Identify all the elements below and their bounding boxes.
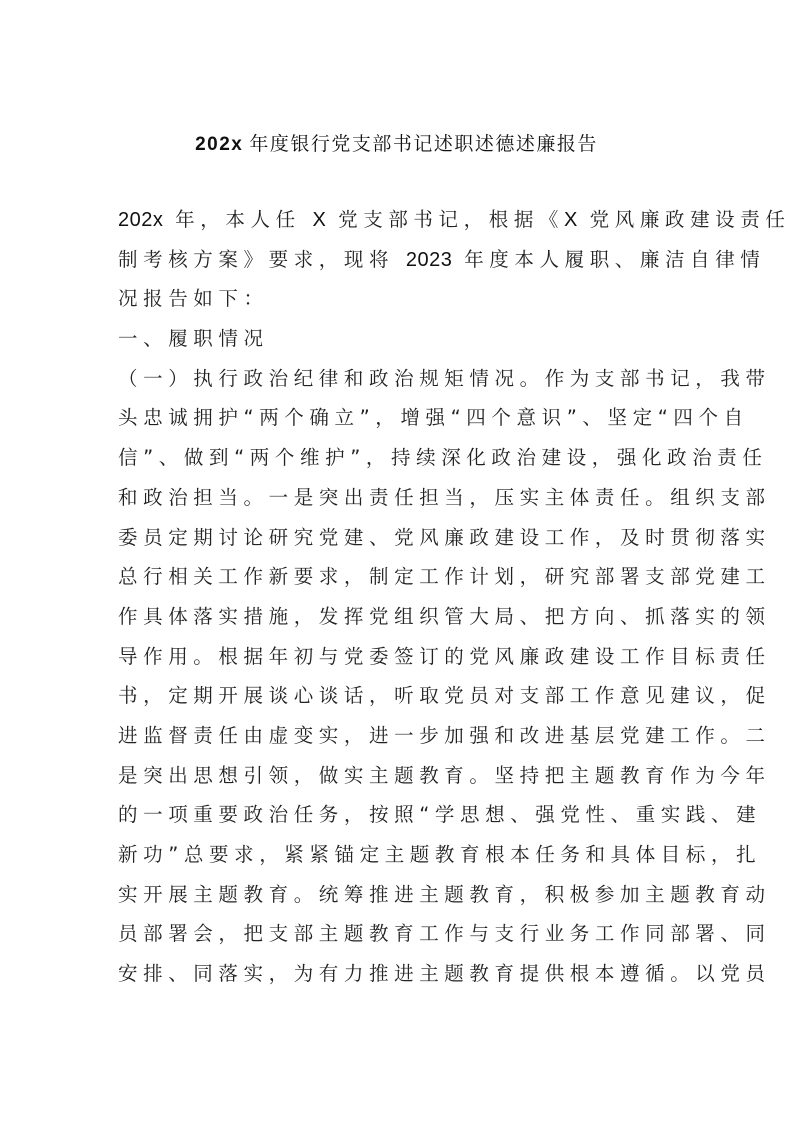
line-text: 委员定期讨论研究党建、党风廉政建设工作，及时贯彻落实 [118, 526, 771, 549]
text-line: 信”、做到“两个维护”，持续深化政治建设，强化政治责任 [118, 438, 678, 478]
document-title: 202x年度银行党支部书记述职述德述廉报告 [0, 131, 793, 158]
text-line: 总行相关工作新要求，制定工作计划，研究部署支部党建工 [118, 557, 678, 597]
text-line: 制考核方案》要求，现将 2023 年度本人履职、廉洁自律情 [118, 240, 678, 280]
line-text: 作具体落实措施，发挥党组织管大局、把方向、抓落实的领 [118, 605, 771, 628]
text-line: 是突出思想引领，做实主题教育。坚持把主题教育作为今年 [118, 756, 678, 796]
line-text: 是突出思想引领，做实主题教育。坚持把主题教育作为今年 [118, 764, 771, 787]
line-text: 导作用。根据年初与党委签订的党风廉政建设工作目标责任 [118, 645, 771, 668]
text-line: 202x 年，本人任 X 党支部书记，根据《X 党风廉政建设责任 [118, 200, 678, 240]
document-page: 202x年度银行党支部书记述职述德述廉报告 202x 年，本人任 X 党支部书记… [0, 0, 793, 1122]
line-text: 党风廉政建设责任 [578, 208, 791, 231]
line-text: 进监督责任由虚变实，进一步加强和改进基层党建工作。二 [118, 724, 771, 747]
document-body: 202x 年，本人任 X 党支部书记，根据《X 党风廉政建设责任制考核方案》要求… [118, 200, 678, 994]
line-text: 一、履职情况 [118, 327, 269, 350]
line-text: 年，本人任 [163, 208, 312, 231]
line-text: 总行相关工作新要求，制定工作计划，研究部署支部党建工 [118, 565, 771, 588]
line-text: 况报告如下： [118, 287, 269, 310]
text-line: 一、履职情况 [118, 319, 678, 359]
text-line: 新功”总要求，紧紧锚定主题教育根本任务和具体目标，扎 [118, 835, 678, 875]
text-line: 书，定期开展谈心谈话，听取党员对支部工作意见建议，促 [118, 676, 678, 716]
line-text: 书，定期开展谈心谈话，听取党员对支部工作意见建议，促 [118, 684, 771, 707]
title-year: 202x [195, 134, 243, 155]
line-text: 年度本人履职、廉洁自律情 [452, 248, 765, 271]
line-text: 头忠诚拥护“两个确立”，增强“四个意识”、坚定“四个自 [118, 406, 749, 429]
latin-text: X [312, 209, 326, 231]
text-line: 员部署会，把支部主题教育工作与支行业务工作同部署、同 [118, 914, 678, 954]
line-text: 安排、同落实，为有力推进主题教育提供根本遵循。以党员 [118, 962, 771, 985]
text-line: 实开展主题教育。统筹推进主题教育，积极参加主题教育动 [118, 875, 678, 915]
text-line: 进监督责任由虚变实，进一步加强和改进基层党建工作。二 [118, 716, 678, 756]
text-line: 况报告如下： [118, 279, 678, 319]
line-text: 党支部书记，根据《 [326, 208, 564, 231]
latin-text: 202x [118, 209, 163, 231]
line-text: 和政治担当。一是突出责任担当，压实主体责任。组织支部 [118, 486, 771, 509]
text-line: 头忠诚拥护“两个确立”，增强“四个意识”、坚定“四个自 [118, 398, 678, 438]
latin-text: 2023 [406, 249, 453, 271]
text-line: 的一项重要政治任务，按照“学思想、强党性、重实践、建 [118, 795, 678, 835]
text-line: 作具体落实措施，发挥党组织管大局、把方向、抓落实的领 [118, 597, 678, 637]
text-line: 导作用。根据年初与党委签订的党风廉政建设工作目标责任 [118, 637, 678, 677]
title-text: 年度银行党支部书记述职述德述廉报告 [249, 133, 598, 155]
line-text: 新功”总要求，紧紧锚定主题教育根本任务和具体目标，扎 [118, 843, 761, 866]
text-line: （一）执行政治纪律和政治规矩情况。作为支部书记，我带 [118, 359, 678, 399]
text-line: 和政治担当。一是突出责任担当，压实主体责任。组织支部 [118, 478, 678, 518]
line-text: 实开展主题教育。统筹推进主题教育，积极参加主题教育动 [118, 883, 771, 906]
line-text: （一）执行政治纪律和政治规矩情况。作为支部书记，我带 [118, 367, 771, 390]
latin-text: X [564, 209, 578, 231]
line-text: 员部署会，把支部主题教育工作与支行业务工作同部署、同 [118, 922, 771, 945]
text-line: 委员定期讨论研究党建、党风廉政建设工作，及时贯彻落实 [118, 518, 678, 558]
line-text: 的一项重要政治任务，按照“学思想、强党性、重实践、建 [118, 803, 761, 826]
line-text: 制考核方案》要求，现将 [118, 248, 406, 271]
line-text: 信”、做到“两个维护”，持续深化政治建设，强化政治责任 [118, 446, 768, 469]
text-line: 安排、同落实，为有力推进主题教育提供根本遵循。以党员 [118, 954, 678, 994]
